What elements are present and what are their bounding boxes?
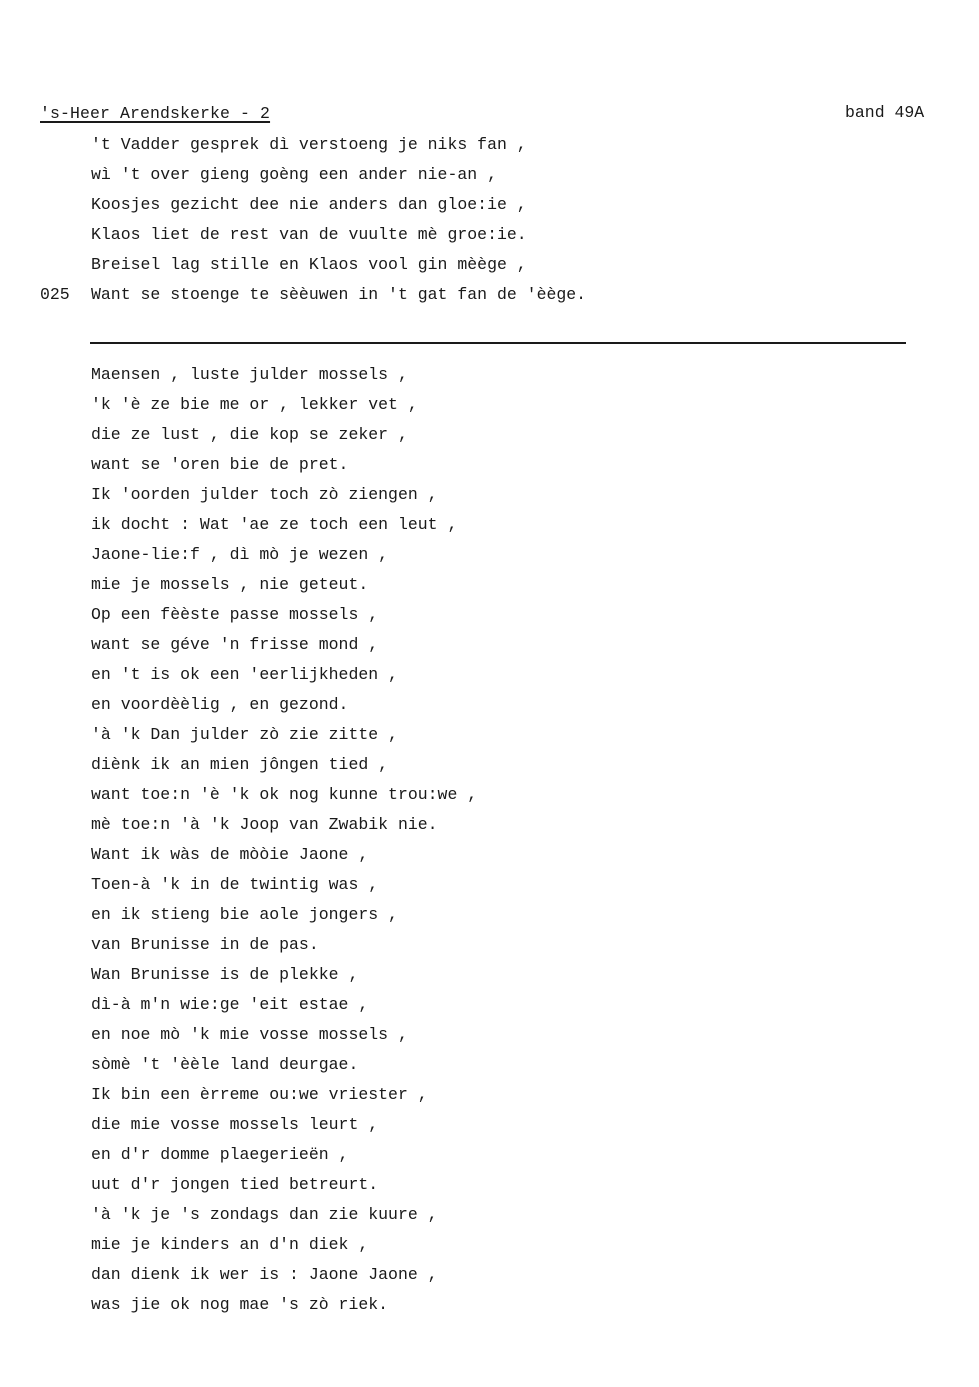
line-text: en voordèèlig , en gezond. <box>91 694 348 716</box>
line-text: Op een fèèste passe mossels , <box>91 604 378 626</box>
line-text: van Brunisse in de pas. <box>91 934 319 956</box>
section-divider <box>90 342 906 344</box>
line-text: 't Vadder gesprek dì verstoeng je niks f… <box>91 134 527 156</box>
line-text: Ik 'oorden julder toch zò ziengen , <box>91 484 438 506</box>
line-text: Breisel lag stille en Klaos vool gin mèè… <box>91 254 527 276</box>
line-text: sòmè 't 'èèle land deurgae. <box>91 1054 358 1076</box>
line-text: en ik stieng bie aole jongers , <box>91 904 398 926</box>
line-text: uut d'r jongen tied betreurt. <box>91 1174 378 1196</box>
line-text: was jie ok nog mae 's zò riek. <box>91 1294 388 1316</box>
line-text: want se 'oren bie de pret. <box>91 454 348 476</box>
line-text: 'k 'è ze bie me or , lekker vet , <box>91 394 418 416</box>
line-text: dì-à m'n wie:ge 'eit estae , <box>91 994 368 1016</box>
line-text: die ze lust , die kop se zeker , <box>91 424 408 446</box>
line-text: Toen-à 'k in de twintig was , <box>91 874 378 896</box>
line-text: mie je kinders an d'n diek , <box>91 1234 368 1256</box>
line-text: die mie vosse mossels leurt , <box>91 1114 378 1136</box>
line-text: ik docht : Wat 'ae ze toch een leut , <box>91 514 457 536</box>
line-text: Want ik wàs de mòòie Jaone , <box>91 844 368 866</box>
line-text: Wan Brunisse is de plekke , <box>91 964 358 986</box>
line-text: dan dienk ik wer is : Jaone Jaone , <box>91 1264 438 1286</box>
line-text: diènk ik an mien jôngen tied , <box>91 754 388 776</box>
document-page: 's-Heer Arendskerke - 2 band 49A 't Vadd… <box>0 0 979 1387</box>
line-text: mè toe:n 'à 'k Joop van Zwabik nie. <box>91 814 438 836</box>
line-text: Klaos liet de rest van de vuulte mè groe… <box>91 224 527 246</box>
line-text: Want se stoenge te sèèuwen in 't gat fan… <box>91 284 586 306</box>
line-text: en 't is ok een 'eerlijkheden , <box>91 664 398 686</box>
document-title: 's-Heer Arendskerke - 2 <box>40 104 270 124</box>
line-text: wì 't over gieng goèng een ander nie-an … <box>91 164 497 186</box>
line-text: en d'r domme plaegerieën , <box>91 1144 348 1166</box>
line-text: 'à 'k je 's zondags dan zie kuure , <box>91 1204 438 1226</box>
line-number: 025 <box>40 284 85 306</box>
line-text: want se géve 'n frisse mond , <box>91 634 378 656</box>
line-text: Ik bin een èrreme ou:we vriester , <box>91 1084 428 1106</box>
line-text: Jaone-lie:f , dì mò je wezen , <box>91 544 388 566</box>
line-text: mie je mossels , nie geteut. <box>91 574 368 596</box>
tape-label: band 49A <box>845 103 924 123</box>
line-text: en noe mò 'k mie vosse mossels , <box>91 1024 408 1046</box>
line-text: want toe:n 'è 'k ok nog kunne trou:we , <box>91 784 477 806</box>
line-text: Koosjes gezicht dee nie anders dan gloe:… <box>91 194 527 216</box>
line-text: 'à 'k Dan julder zò zie zitte , <box>91 724 398 746</box>
line-text: Maensen , luste julder mossels , <box>91 364 408 386</box>
